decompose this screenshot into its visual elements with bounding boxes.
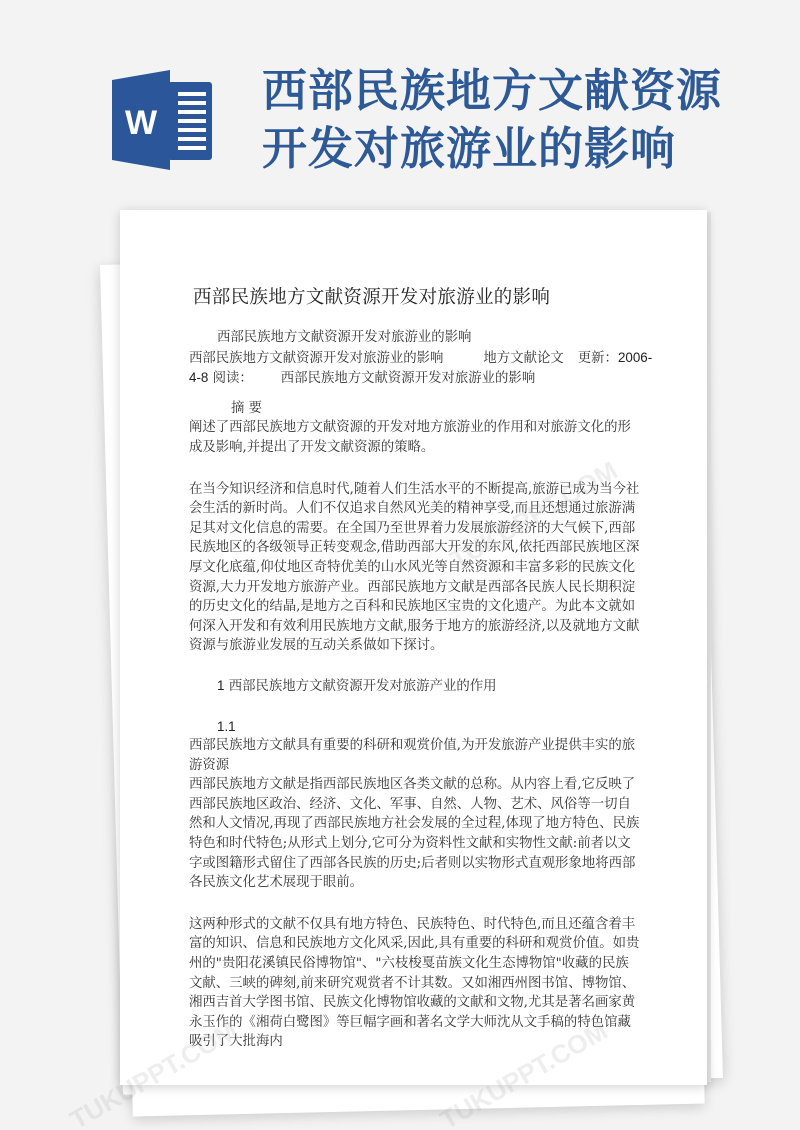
document-body: 西部民族地方文献资源开发对旅游业的影响 西部民族地方文献资源开发对旅游业的影响地…	[189, 328, 641, 1052]
meta-line-2: 4-8 阅读：西部民族地方文献资源开发对旅游业的影响	[189, 368, 641, 389]
banner: W 西部民族地方文献资源 开发对旅游业的影响	[0, 0, 800, 200]
meta-updated-value-cont: 4-8	[189, 370, 208, 385]
meta-category: 地方文献论文	[483, 351, 563, 366]
paragraph-2: 西部民族地方文献是指西部民族地区各类文献的总称。从内容上看,它反映了西部民族地区…	[189, 775, 641, 893]
banner-title-line1: 西部民族地方文献资源	[262, 62, 722, 120]
meta-updated-label: 更新：	[578, 351, 618, 366]
document-title: 西部民族地方文献资源开发对旅游业的影响	[193, 283, 550, 309]
abstract-text: 阐述了西部民族地方文献资源的开发对地方旅游业的作用和对旅游文化的形成及影响,并提…	[189, 418, 641, 457]
section-number: 1	[217, 678, 224, 693]
svg-text:W: W	[125, 104, 158, 142]
meta-line: 西部民族地方文献资源开发对旅游业的影响地方文献论文更新：2006-	[189, 348, 641, 369]
subsection-title: 西部民族地方文献具有重要的科研和观赏价值,为开发旅游产业提供丰实的旅游资源	[189, 736, 641, 775]
section-heading-1: 1 西部民族地方文献资源开发对旅游产业的作用	[189, 676, 641, 697]
abstract-heading: 摘 要	[189, 399, 641, 419]
page-edge	[707, 212, 711, 1082]
banner-title-line2: 开发对旅游业的影响	[262, 120, 722, 178]
meta-source-title: 西部民族地方文献资源开发对旅游业的影响	[189, 351, 443, 366]
header-line: 西部民族地方文献资源开发对旅游业的影响	[189, 328, 641, 348]
meta-read-label: 阅读：	[213, 371, 253, 386]
subsection-number: 1.1	[189, 717, 641, 737]
paragraph-3: 这两种形式的文献不仅具有地方特色、民族特色、时代特色,而且还蕴含着丰富的知识、信…	[189, 915, 641, 1052]
intro-paragraph: 在当今知识经济和信息时代,随着人们生活水平的不断提高,旅游已成为当今社会生活的新…	[189, 480, 641, 656]
word-document-icon: W	[110, 70, 214, 170]
banner-title: 西部民族地方文献资源 开发对旅游业的影响	[262, 62, 722, 178]
section-title: 西部民族地方文献资源开发对旅游产业的作用	[229, 679, 497, 694]
meta-updated-value: 2006-	[618, 350, 652, 365]
document-page: 西部民族地方文献资源开发对旅游业的影响 西部民族地方文献资源开发对旅游业的影响 …	[120, 210, 707, 1085]
meta-read-title: 西部民族地方文献资源开发对旅游业的影响	[281, 371, 535, 386]
